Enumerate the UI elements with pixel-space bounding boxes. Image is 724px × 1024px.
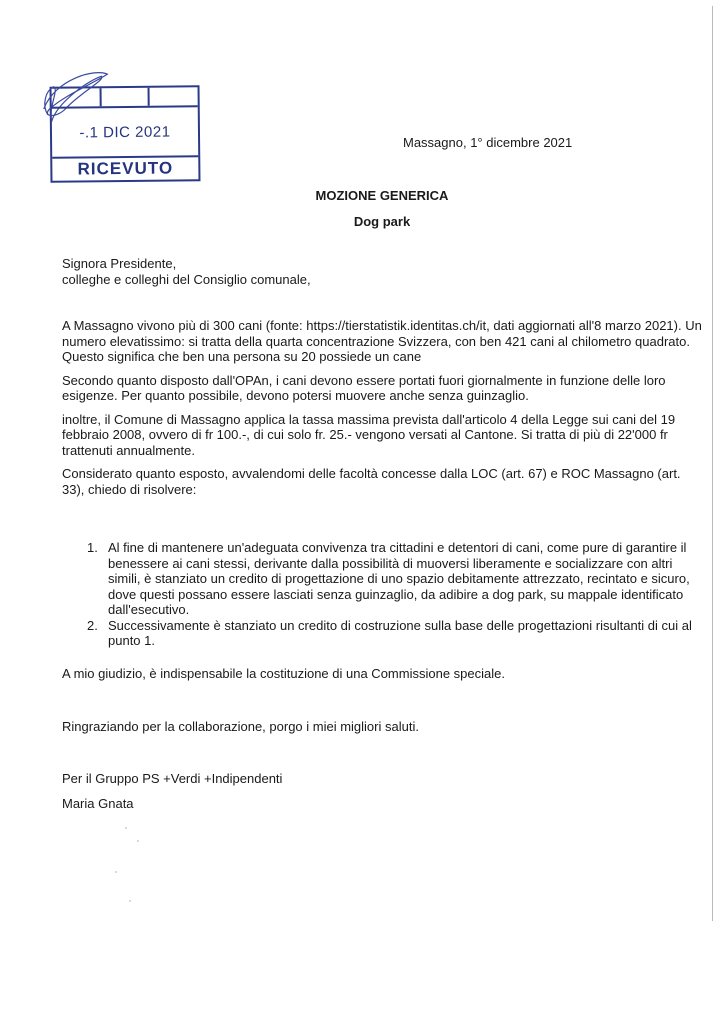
signatory-name: Maria Gnata — [62, 796, 702, 812]
salutation-line-1: Signora Presidente, — [62, 256, 702, 272]
resolution-number: 2. — [87, 618, 98, 634]
document-title-text: MOZIONE GENERICA — [316, 188, 449, 203]
scan-speck — [125, 827, 127, 829]
resolution-list: 1. Al fine di mantenere un'adeguata conv… — [87, 540, 697, 649]
resolution-item: 2. Successivamente è stanziato un credit… — [87, 618, 697, 649]
salutation-line-2: colleghe e colleghi del Consiglio comuna… — [62, 272, 702, 288]
thanks-text: Ringraziando per la collaborazione, porg… — [62, 719, 702, 735]
resolution-number: 1. — [87, 540, 98, 556]
paragraph-tax: inoltre, il Comune di Massagno applica l… — [62, 412, 702, 459]
opinion-text: A mio giudizio, è indispensabile la cost… — [62, 666, 702, 682]
scan-speck — [129, 900, 131, 902]
salutation: Signora Presidente, colleghe e colleghi … — [62, 256, 702, 287]
stamp-cell-divider — [148, 88, 150, 106]
paragraph-dog-population: A Massagno vivono più di 300 cani (fonte… — [62, 318, 702, 365]
scan-speck — [137, 840, 139, 842]
paragraph-request: Considerato quanto esposto, avvalendomi … — [62, 466, 702, 497]
document-subtitle: Dog park — [0, 214, 724, 229]
stamp-cell-divider — [100, 88, 102, 106]
stamp-date: -.1 DIC 2021 — [52, 123, 198, 142]
scan-speck — [115, 871, 117, 873]
paragraph-opan: Secondo quanto disposto dall'OPAn, i can… — [62, 373, 702, 404]
group-name: Per il Gruppo PS +Verdi +Indipendenti — [62, 771, 702, 787]
stamp-header-cells — [52, 87, 198, 109]
document-title: MOZIONE GENERICA — [0, 188, 724, 203]
place-date: Massagno, 1° dicembre 2021 — [403, 135, 572, 150]
body-paragraphs: A Massagno vivono più di 300 cani (fonte… — [62, 318, 702, 505]
document-subtitle-text: Dog park — [354, 214, 410, 229]
resolution-text: Successivamente è stanziato un credito d… — [108, 618, 692, 649]
resolution-item: 1. Al fine di mantenere un'adeguata conv… — [87, 540, 697, 618]
resolution-text: Al fine di mantenere un'adeguata convive… — [108, 540, 690, 617]
received-stamp: -.1 DIC 2021 RICEVUTO — [50, 85, 201, 183]
stamp-label: RICEVUTO — [52, 155, 198, 181]
scan-edge-line — [712, 6, 713, 921]
